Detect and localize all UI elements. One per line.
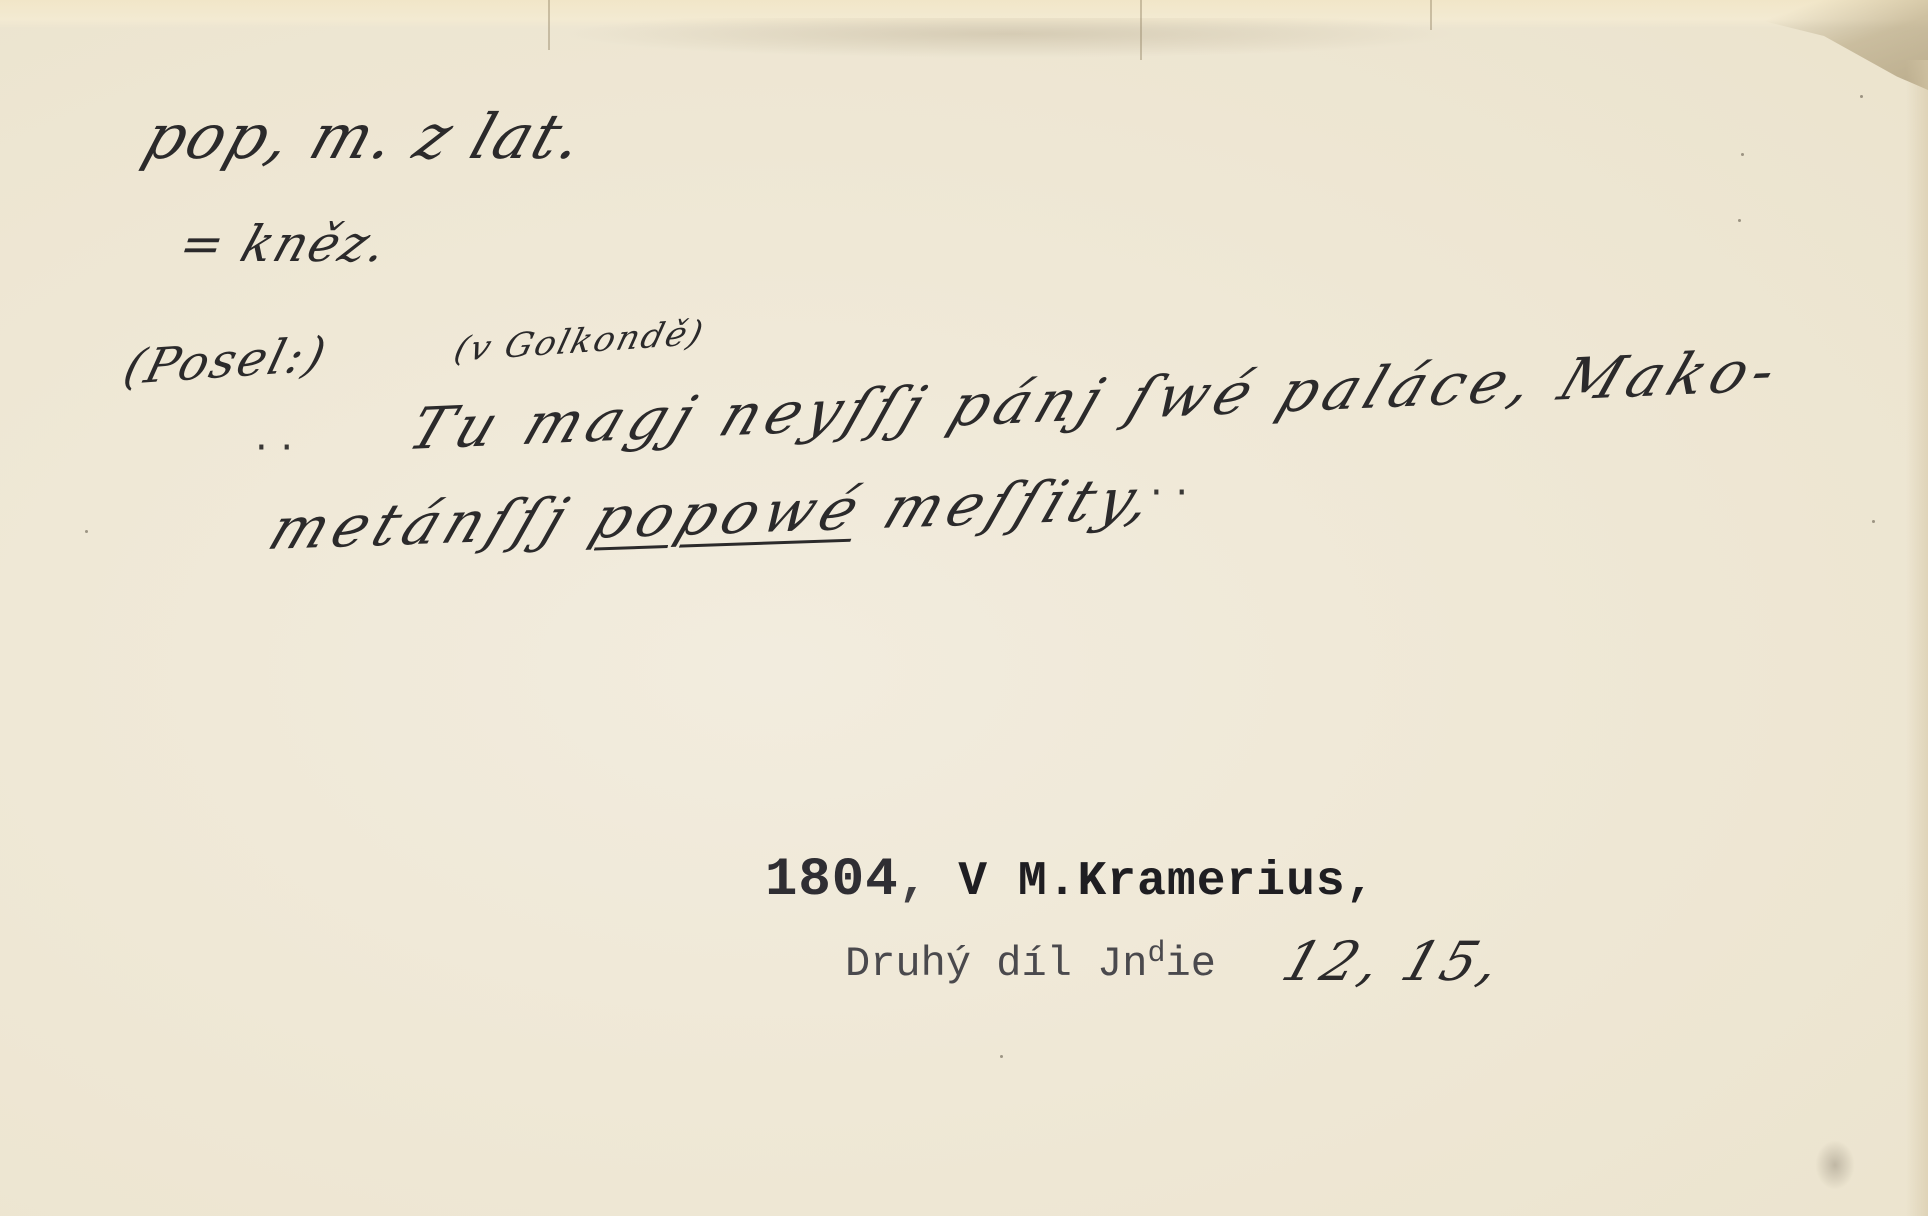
source-title-word: Jn: [1097, 940, 1147, 988]
ellipsis-end: · ·: [1150, 470, 1188, 516]
fold-line: [1430, 0, 1432, 30]
paper-speck: [1738, 219, 1741, 222]
source-title-superscript: d: [1148, 937, 1166, 971]
paper-speck: [1872, 520, 1875, 523]
source-year: 1804: [765, 850, 899, 911]
ellipsis-start: · ·: [255, 425, 293, 471]
quote-word: metánſſj: [260, 485, 583, 563]
source-separator: ,: [899, 855, 929, 909]
fold-line: [1140, 0, 1142, 60]
speaker-label: (Posel:): [118, 326, 334, 396]
source-stamp-line-2: Druhý díl Jndie: [845, 940, 1216, 988]
source-title-word: díl: [996, 940, 1072, 988]
ink-smudge: [1815, 1140, 1855, 1190]
headword: pop, m. z lat.: [135, 100, 595, 173]
quote-word: meſſity,: [875, 465, 1169, 542]
paper-speck: [1000, 1055, 1003, 1058]
definition: = kněz.: [172, 215, 397, 273]
index-card: pop, m. z lat. = kněz. (Posel:) (v Golko…: [0, 0, 1928, 1216]
paper-edge-shadow: [1906, 60, 1928, 1216]
paper-speck: [1860, 95, 1863, 98]
location-note: (v Golkondě): [450, 313, 709, 370]
source-title-word: Druhý: [845, 940, 971, 988]
paper-speck: [1741, 153, 1744, 156]
underlined-headword-usage: popowé: [582, 475, 875, 552]
fold-shadow: [560, 18, 1460, 58]
source-title-word: ie: [1166, 940, 1216, 988]
quote-line-2: metánſſj popowé meſſity,: [260, 465, 1169, 563]
fold-line: [548, 0, 550, 50]
paper-speck: [85, 530, 88, 533]
source-stamp-line-1: 1804, V M.Kramerius,: [765, 850, 1376, 911]
source-publisher: V M.Kramerius,: [958, 855, 1375, 909]
source-pages: 12, 15,: [1275, 930, 1512, 993]
